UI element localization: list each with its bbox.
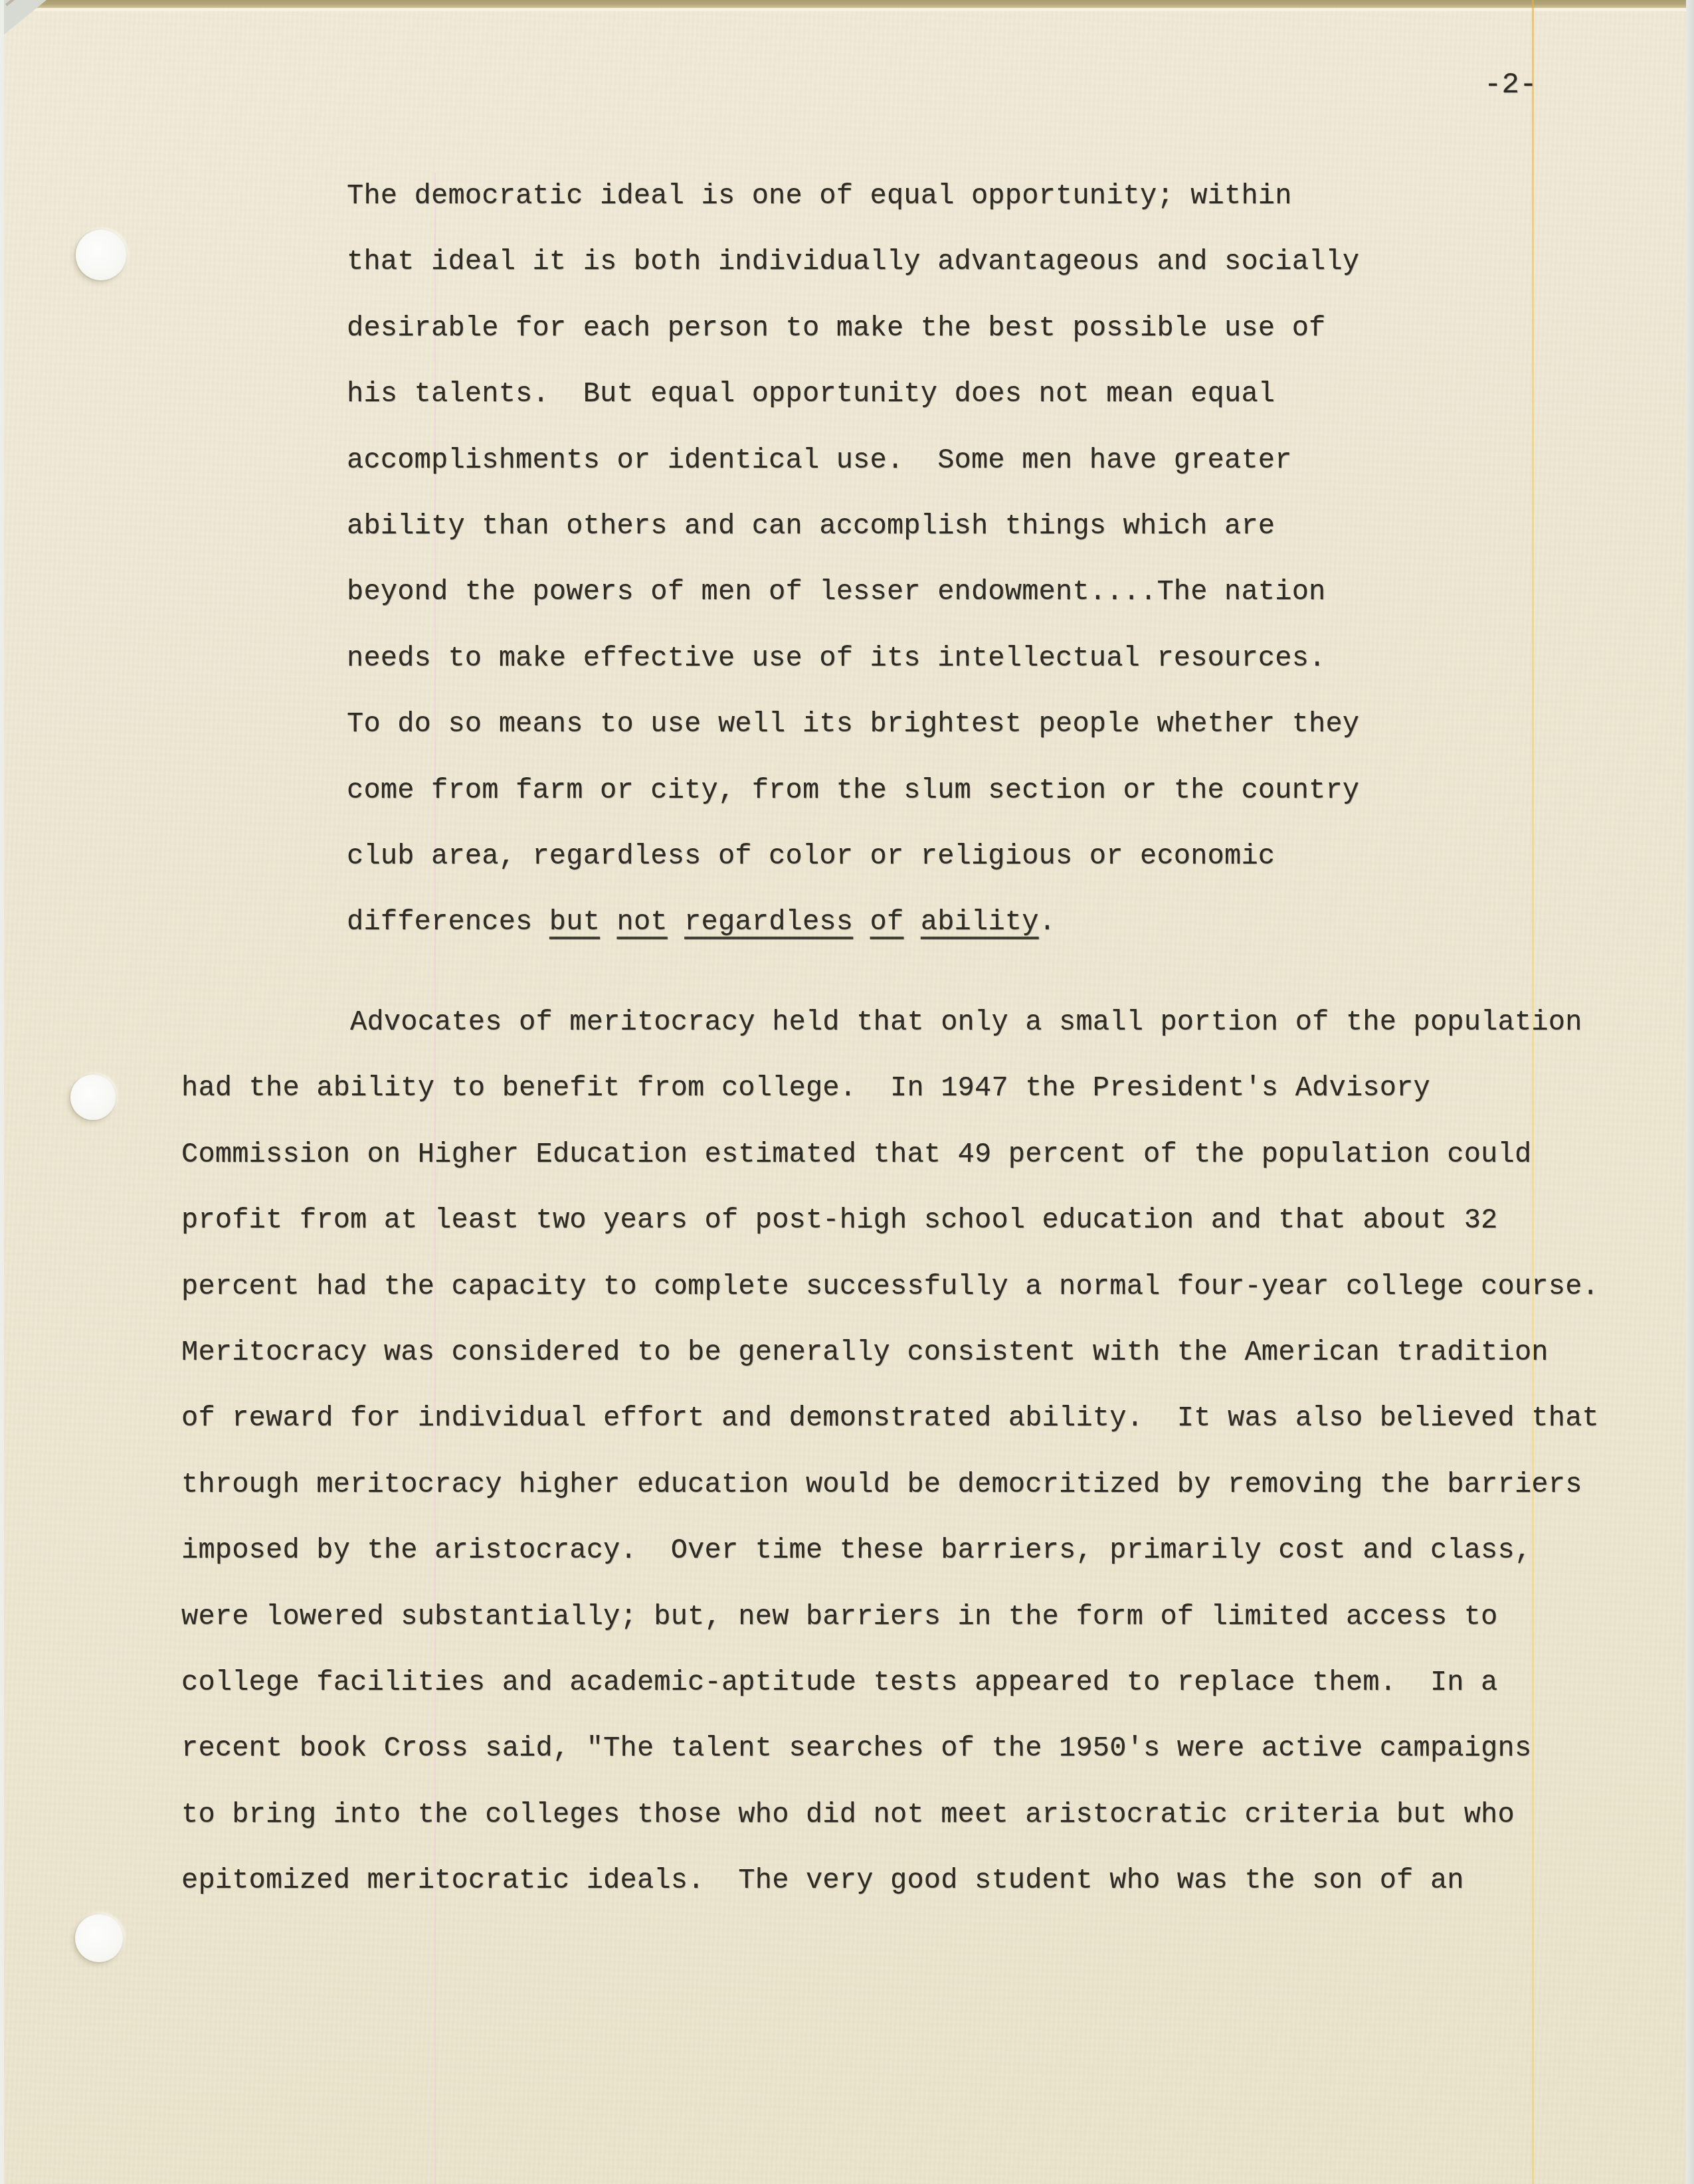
text-segment bbox=[903, 906, 920, 938]
text-segment bbox=[600, 906, 616, 938]
text-line: needs to make effective use of its intel… bbox=[347, 626, 1359, 691]
text-line: epitomized meritocratic ideals. The very… bbox=[181, 1848, 1599, 1914]
text-line: Meritocracy was considered to be general… bbox=[181, 1320, 1599, 1386]
text-line: percent had the capacity to complete suc… bbox=[181, 1254, 1599, 1320]
text-line: through meritocracy higher education wou… bbox=[181, 1452, 1599, 1518]
scan-edge-right bbox=[1686, 0, 1694, 2184]
text-line: profit from at least two years of post-h… bbox=[181, 1188, 1599, 1253]
text-segment: differences bbox=[347, 906, 549, 938]
text-line: his talents. But equal opportunity does … bbox=[347, 361, 1359, 427]
text-line: had the ability to benefit from college.… bbox=[181, 1055, 1599, 1121]
text-line: club area, regardless of color or religi… bbox=[347, 824, 1359, 889]
underlined-word: ability bbox=[921, 906, 1039, 938]
paper-top-edge-highlight bbox=[4, 8, 1686, 11]
underlined-word: but bbox=[549, 906, 600, 938]
text-line: come from farm or city, from the slum se… bbox=[347, 758, 1359, 824]
text-line: that ideal it is both individually advan… bbox=[347, 229, 1359, 295]
scan-edge-left bbox=[0, 0, 4, 2184]
underlined-word: of bbox=[870, 906, 904, 938]
underlined-word: regardless bbox=[684, 906, 853, 938]
text-line: imposed by the aristocracy. Over time th… bbox=[181, 1518, 1599, 1584]
punch-hole-middle bbox=[70, 1075, 116, 1120]
text-segment bbox=[853, 906, 870, 938]
paper-sheet: -2- The democratic ideal is one of equal… bbox=[4, 0, 1686, 2184]
corner-fold bbox=[4, 0, 47, 35]
text-line: beyond the powers of men of lesser endow… bbox=[347, 559, 1359, 625]
text-line: to bring into the colleges those who did… bbox=[181, 1782, 1599, 1848]
text-segment bbox=[668, 906, 684, 938]
punch-hole-bottom bbox=[75, 1914, 123, 1962]
text-line: Advocates of meritocracy held that only … bbox=[181, 990, 1599, 1055]
punch-hole-top bbox=[76, 230, 126, 280]
quote-block: The democratic ideal is one of equal opp… bbox=[347, 163, 1359, 956]
text-line: Commission on Higher Education estimated… bbox=[181, 1122, 1599, 1188]
text-line: of reward for individual effort and demo… bbox=[181, 1386, 1599, 1451]
text-line: desirable for each person to make the be… bbox=[347, 296, 1359, 361]
text-line: were lowered substantially; but, new bar… bbox=[181, 1584, 1599, 1650]
page-number: -2- bbox=[1484, 68, 1537, 102]
text-line: differences but not regardless of abilit… bbox=[347, 889, 1359, 955]
text-segment: . bbox=[1039, 906, 1056, 938]
text-line: college facilities and academic-aptitude… bbox=[181, 1650, 1599, 1716]
underlined-word: not bbox=[616, 906, 667, 938]
text-line: To do so means to use well its brightest… bbox=[347, 691, 1359, 757]
text-line: recent book Cross said, "The talent sear… bbox=[181, 1716, 1599, 1781]
text-line: ability than others and can accomplish t… bbox=[347, 494, 1359, 559]
text-line: The democratic ideal is one of equal opp… bbox=[347, 163, 1359, 229]
text-line: accomplishments or identical use. Some m… bbox=[347, 428, 1359, 494]
body-paragraph: Advocates of meritocracy held that only … bbox=[181, 990, 1599, 1914]
paper-top-edge bbox=[4, 0, 1686, 8]
